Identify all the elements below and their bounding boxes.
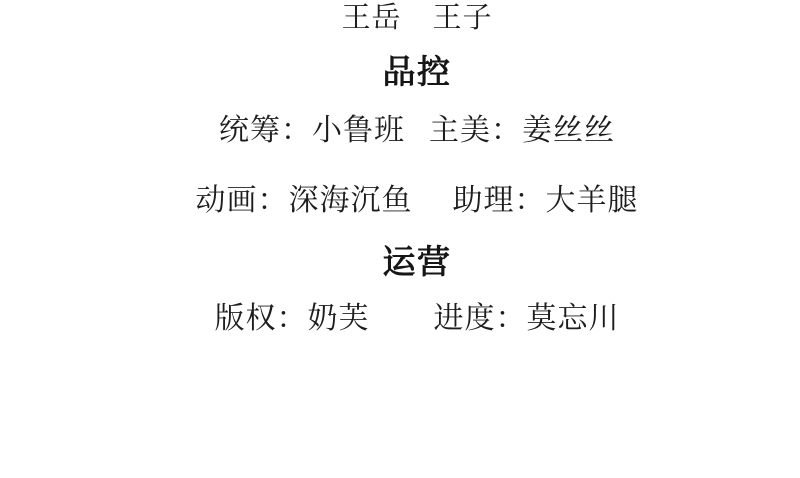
credit-role: 统筹 [219, 111, 281, 151]
credit-pair: 助理：大羊腿 [453, 181, 639, 221]
credit-row: 版权：奶芙 进度：莫忘川 [34, 299, 800, 339]
section-heading-operations: 运营 [34, 242, 800, 282]
credit-pair: 版权：奶芙 [215, 299, 370, 339]
credit-name: 姜丝丝 [522, 111, 615, 151]
credit-colon: ： [515, 181, 546, 221]
credit-colon: ： [491, 111, 522, 151]
credit-pair: 进度：莫忘川 [434, 299, 620, 339]
artist-name: 王岳 [341, 0, 401, 38]
credit-pair: 动画：深海沉鱼 [196, 181, 413, 221]
credit-name: 莫忘川 [527, 299, 620, 339]
credit-colon: ： [258, 181, 289, 221]
credit-row: 统筹：小鲁班 主美：姜丝丝 [34, 111, 800, 151]
credit-role: 主美 [429, 111, 491, 151]
artist-name: 王子 [433, 0, 493, 38]
credit-role: 进度 [434, 299, 496, 339]
credit-colon: ： [496, 299, 527, 339]
credit-role: 助理 [453, 181, 515, 221]
artist-names-row: 王岳 王子 [34, 0, 800, 38]
credit-name: 奶芙 [308, 299, 370, 339]
credit-role: 版权 [215, 299, 277, 339]
credit-name: 大羊腿 [546, 181, 639, 221]
credit-name: 深海沉鱼 [289, 181, 413, 221]
credit-pair: 主美：姜丝丝 [429, 111, 615, 151]
credit-role: 动画 [196, 181, 258, 221]
credit-colon: ： [277, 299, 308, 339]
credit-pair: 统筹：小鲁班 [219, 111, 405, 151]
section-heading-quality-control: 品控 [34, 52, 800, 92]
credit-colon: ： [281, 111, 312, 151]
credit-row: 动画：深海沉鱼 助理：大羊腿 [34, 181, 800, 221]
credits-page: 王岳 王子 品控 统筹：小鲁班 主美：姜丝丝 动画：深海沉鱼 助理：大羊腿 运营… [0, 0, 800, 478]
credit-name: 小鲁班 [312, 111, 405, 151]
